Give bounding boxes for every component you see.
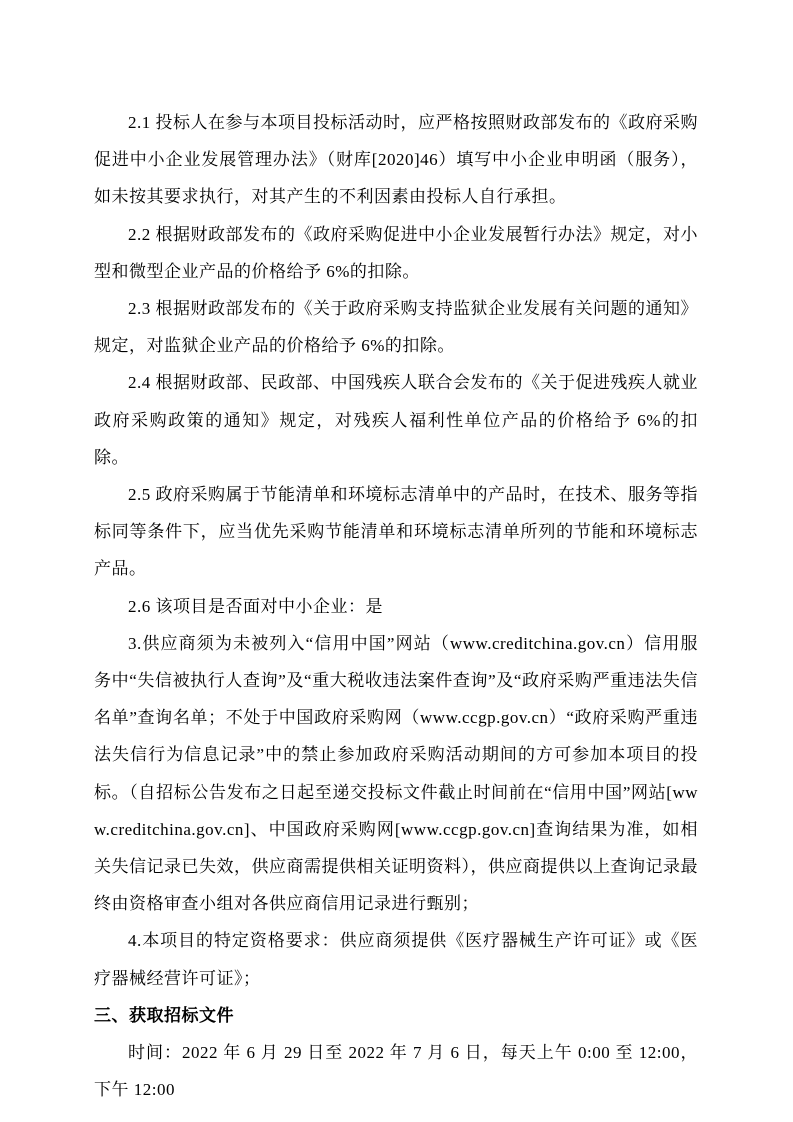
clause-2-4-disabled-welfare-price-deduction: 2.4 根据财政部、民政部、中国残疾人联合会发布的《关于促进残疾人就业政府采购政…	[94, 364, 698, 476]
clause-2-1-small-medium-enterprise-declaration: 2.1 投标人在参与本项目投标活动时，应严格按照财政部发布的《政府采购促进中小企…	[94, 104, 698, 216]
clause-3-credit-record-requirements: 3.供应商须为未被列入“信用中国”网站（www.creditchina.gov.…	[94, 625, 698, 923]
clause-4-specific-qualification-requirements: 4.本项目的特定资格要求：供应商须提供《医疗器械生产许可证》或《医疗器械经营许可…	[94, 922, 698, 996]
clause-2-5-energy-saving-environment-label: 2.5 政府采购属于节能清单和环境标志清单中的产品时，在技术、服务等指标同等条件…	[94, 476, 698, 588]
section-heading-obtain-bid-documents: 三、获取招标文件	[94, 997, 698, 1034]
document-content: 2.1 投标人在参与本项目投标活动时，应严格按照财政部发布的《政府采购促进中小企…	[94, 104, 698, 1108]
clause-2-3-prison-enterprise-price-deduction: 2.3 根据财政部发布的《关于政府采购支持监狱企业发展有关问题的通知》规定，对监…	[94, 290, 698, 364]
bid-document-obtain-time-line: 时间：2022 年 6 月 29 日至 2022 年 7 月 6 日，每天上午 …	[94, 1034, 698, 1108]
clause-2-6-faces-sme-answer: 2.6 该项目是否面对中小企业：是	[94, 588, 698, 625]
document-page: 2.1 投标人在参与本项目投标活动时，应严格按照财政部发布的《政府采购促进中小企…	[0, 0, 793, 1122]
clause-2-2-small-micro-price-deduction: 2.2 根据财政部发布的《政府采购促进中小企业发展暂行办法》规定，对小型和微型企…	[94, 216, 698, 290]
